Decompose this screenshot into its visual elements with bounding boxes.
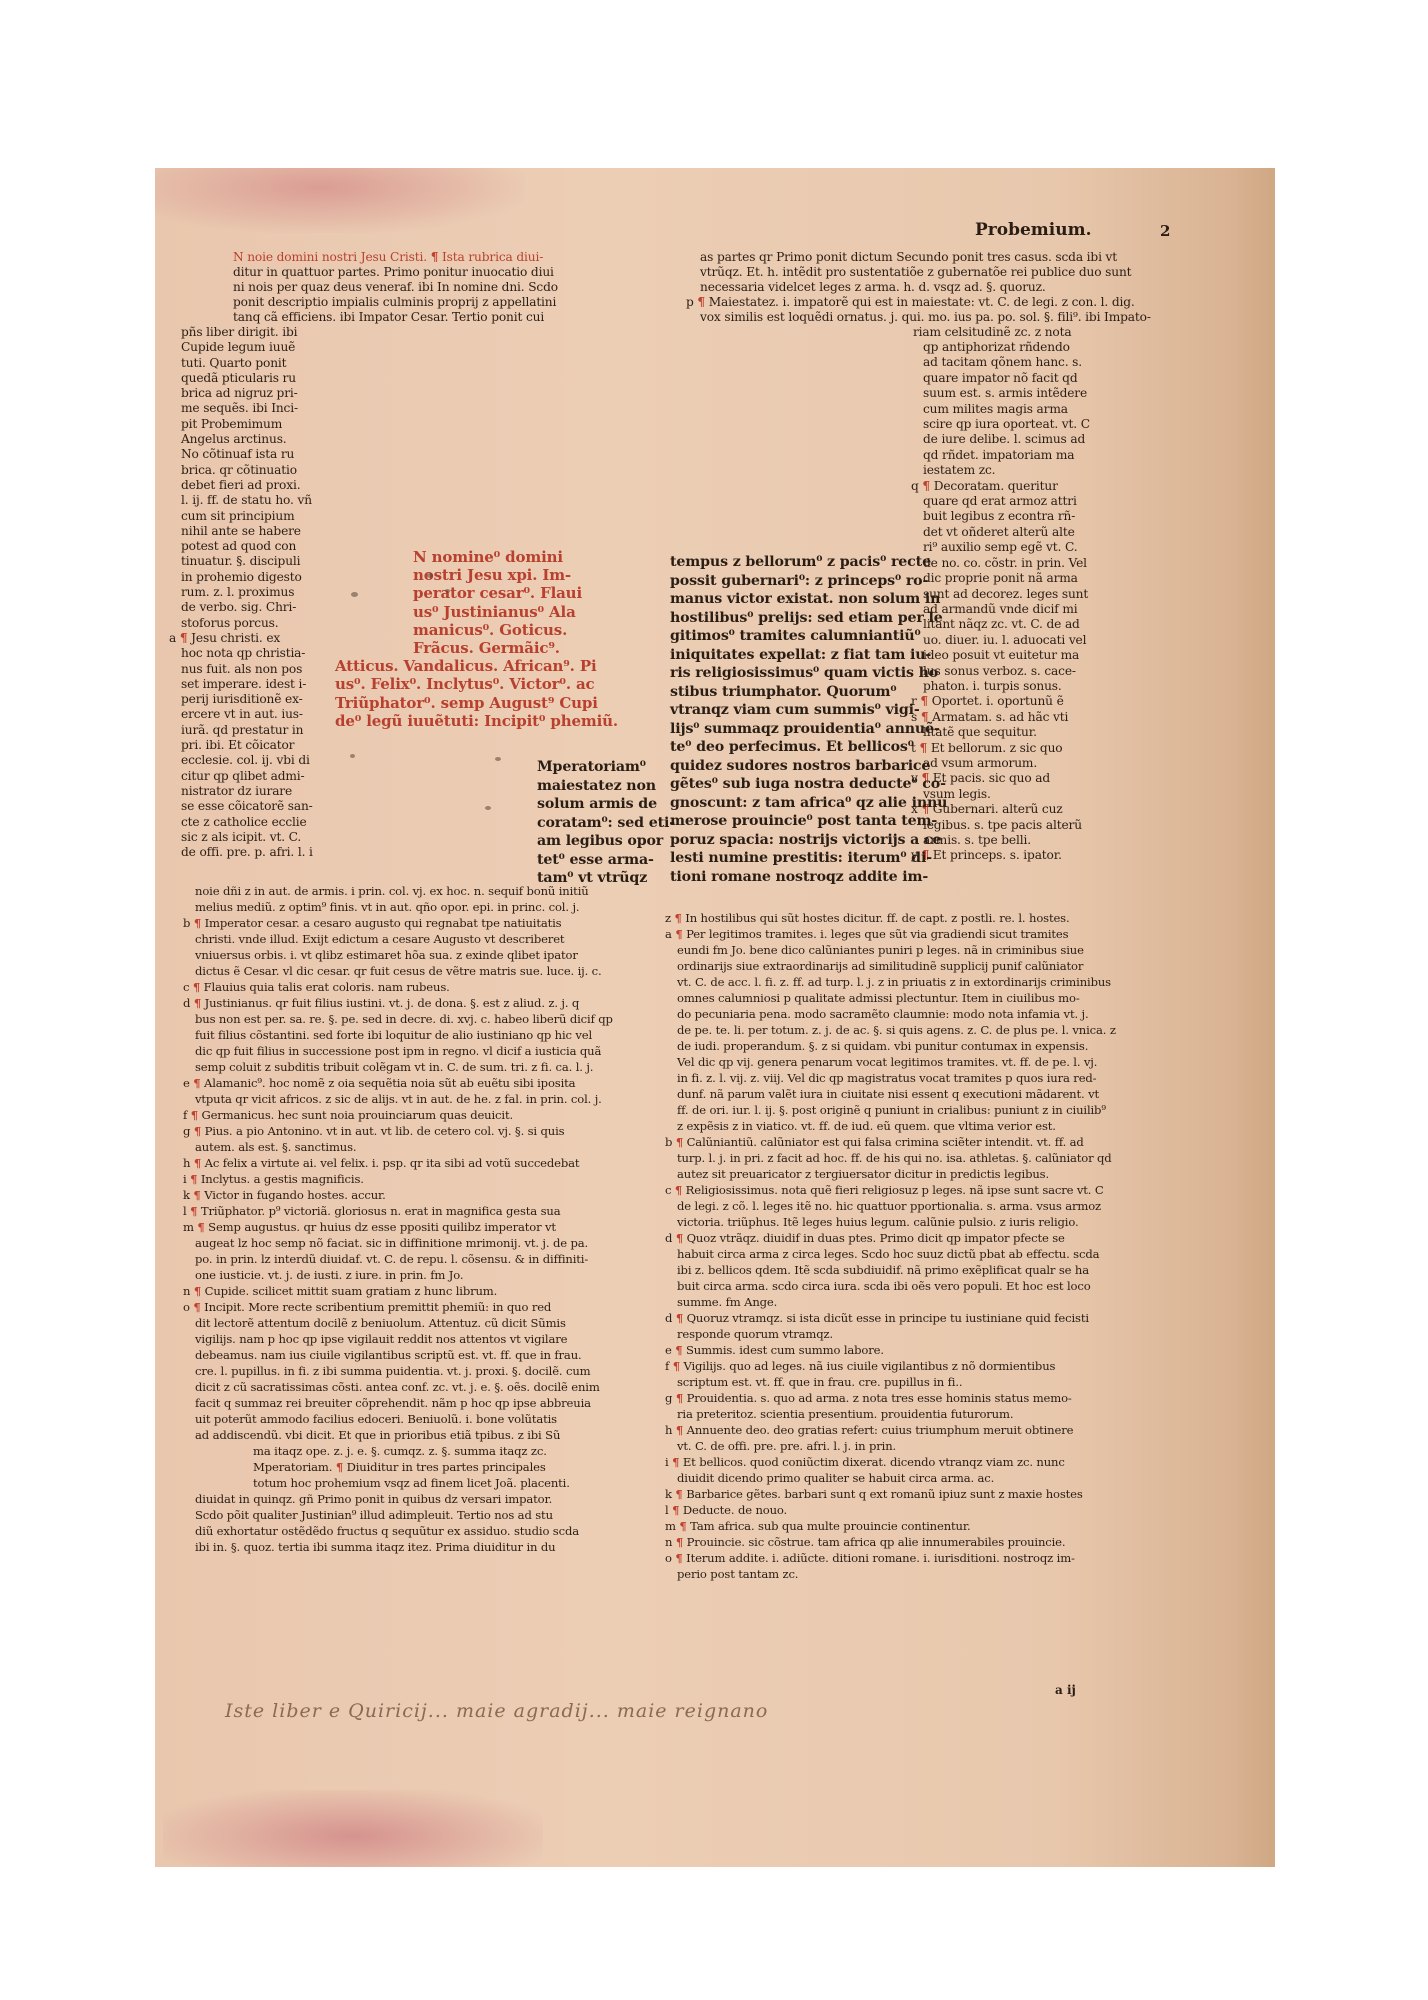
- paragraph-mark-icon: ¶: [193, 1188, 200, 1202]
- paragraph-mark-icon: ¶: [673, 1359, 680, 1373]
- paragraph-mark-icon: ¶: [676, 1311, 683, 1325]
- paragraph-mark-icon: ¶: [194, 996, 201, 1010]
- running-head: Probemium.: [975, 220, 1092, 240]
- paragraph-mark-icon: ¶: [676, 1231, 683, 1245]
- red-stain-top: [155, 168, 525, 233]
- signature-mark: a ij: [1055, 1683, 1076, 1697]
- paragraph-mark-icon: ¶: [190, 1172, 197, 1186]
- paragraph-mark-icon: ¶: [431, 250, 439, 264]
- paragraph-mark-icon: ¶: [675, 927, 682, 941]
- paragraph-mark-icon: ¶: [190, 1204, 197, 1218]
- paragraph-mark-icon: ¶: [697, 295, 705, 309]
- handwritten-ownership-note: Iste liber e Quiricij... maie agradij...…: [225, 1700, 768, 1722]
- gloss-right-column: qp antiphorizat rñdendo ad tacitam qõnem…: [923, 340, 1090, 864]
- paragraph-mark-icon: ¶: [194, 916, 201, 930]
- paragraph-mark-icon: ¶: [676, 1423, 683, 1437]
- paragraph-mark-icon: ¶: [676, 1535, 683, 1549]
- paper-speck: [485, 806, 491, 810]
- paragraph-mark-icon: ¶: [197, 1220, 204, 1234]
- paragraph-mark-icon: ¶: [676, 1135, 683, 1149]
- paragraph-mark-icon: ¶: [922, 479, 930, 493]
- paragraph-mark-icon: ¶: [194, 1156, 201, 1170]
- main-text-left: Mperatoriam⁰ maiestatez non solum armis …: [537, 758, 675, 888]
- paragraph-mark-icon: ¶: [676, 1391, 683, 1405]
- red-stain-bottom: [163, 1790, 543, 1867]
- paragraph-mark-icon: ¶: [193, 1300, 200, 1314]
- paragraph-mark-icon: ¶: [672, 1503, 679, 1517]
- gloss-left-column: pñs liber dirigit. ibi Cupide legum iuuẽ…: [181, 325, 313, 860]
- paper-speck: [445, 589, 450, 593]
- paper-speck: [350, 754, 355, 758]
- paragraph-mark-icon: ¶: [679, 1519, 686, 1533]
- paragraph-mark-icon: ¶: [194, 1284, 201, 1298]
- main-rubric: N nomine⁰ domini nostri Jesu xpi. Im- pe…: [413, 548, 618, 730]
- paper-speck: [427, 573, 433, 578]
- main-text-right: tempus z bellorum⁰ z pacis⁰ recte possit…: [670, 553, 947, 886]
- paper-speck: [495, 757, 501, 761]
- gloss-bottom-left: noie dñi z in aut. de armis. i prin. col…: [195, 883, 613, 1555]
- paragraph-mark-icon: ¶: [675, 1343, 682, 1357]
- paragraph-mark-icon: ¶: [193, 1076, 200, 1090]
- paragraph-mark-icon: ¶: [675, 1487, 682, 1501]
- paragraph-mark-icon: ¶: [675, 911, 682, 925]
- paragraph-mark-icon: ¶: [675, 1183, 682, 1197]
- paragraph-mark-icon: ¶: [194, 1124, 201, 1138]
- paragraph-mark-icon: ¶: [191, 1108, 198, 1122]
- paper-speck: [351, 592, 358, 597]
- paragraph-mark-icon: ¶: [675, 1551, 682, 1565]
- gloss-top-right: as partes qr Primo ponit dictum Secundo …: [700, 250, 1151, 341]
- gloss-bottom-right: z ¶ In hostilibus qui sũt hostes dicitur…: [677, 910, 1116, 1582]
- gloss-top-left: N noie domini nostri Jesu Cristi. ¶ Ista…: [233, 250, 558, 325]
- printed-page: Probemium. 2 N noie domini nostri Jesu C…: [155, 168, 1275, 1867]
- paragraph-mark-icon: ¶: [336, 1460, 343, 1474]
- paragraph-mark-icon: ¶: [180, 631, 188, 645]
- folio-number: 2: [1160, 222, 1170, 240]
- paragraph-mark-icon: ¶: [193, 980, 200, 994]
- paragraph-mark-icon: ¶: [672, 1455, 679, 1469]
